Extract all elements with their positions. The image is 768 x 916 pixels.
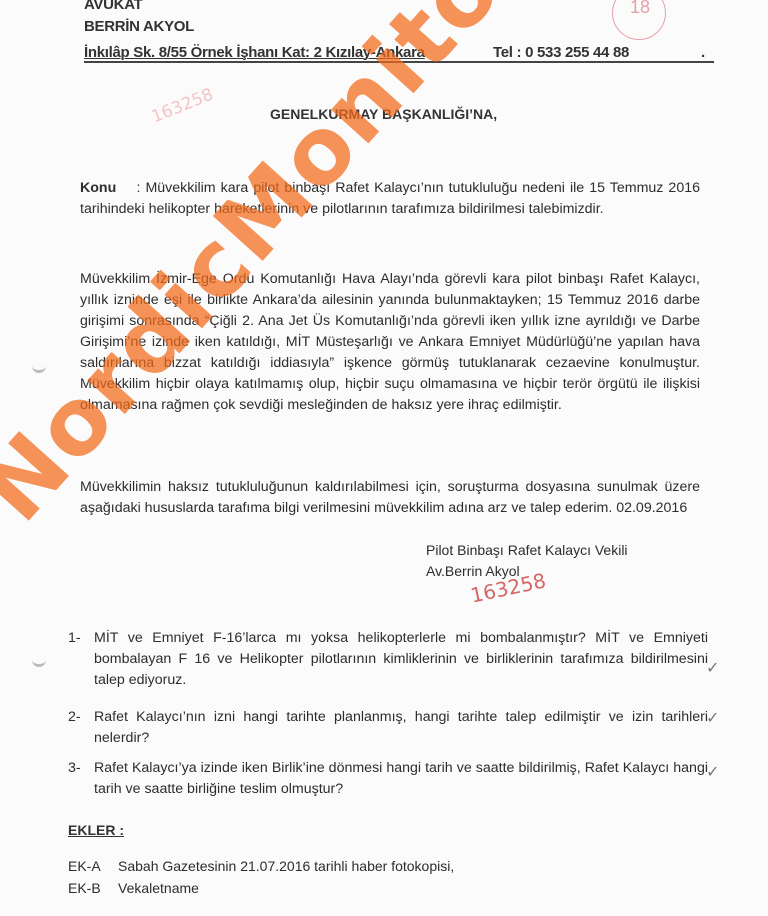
question-text: Rafet Kalaycı’nın izni hangi tarihte pla… xyxy=(94,707,708,749)
question-number: 3- xyxy=(68,758,81,779)
scanned-letter-page: 18 AVUKAT BERRİN AKYOL İnkılâp Sk. 8/55 … xyxy=(0,0,768,916)
attachment-item: EK-BVekaletname xyxy=(68,880,199,896)
attachment-item: EK-ASabah Gazetesinin 21.07.2016 tarihli… xyxy=(68,858,454,874)
subject-label: Konu xyxy=(80,180,116,196)
body-paragraph-2: Müvekkilimin haksız tutukluluğunun kaldı… xyxy=(80,477,700,519)
attachment-code: EK-A xyxy=(68,858,118,874)
letterhead-address: İnkılâp Sk. 8/55 Örnek İşhanı Kat: 2 Kız… xyxy=(84,44,425,61)
page-number: 18 xyxy=(630,0,650,18)
letterhead-address-line: İnkılâp Sk. 8/55 Örnek İşhanı Kat: 2 Kız… xyxy=(84,44,714,63)
signature-line-1: Pilot Binbaşı Rafet Kalaycı Vekili xyxy=(426,542,628,558)
body-paragraph-1: Müvekkilim İzmir-Ege Ordu Komutanlığı Ha… xyxy=(80,269,700,416)
question-item: 3- Rafet Kalaycı’ya izinde iken Birlik’i… xyxy=(68,758,708,800)
letterhead-phone: Tel : 0 533 255 44 88 xyxy=(493,44,629,61)
letterhead-title: AVUKAT xyxy=(84,0,142,13)
question-item: 2- Rafet Kalaycı’nın izni hangi tarihte … xyxy=(68,707,708,749)
letterhead-name: BERRİN AKYOL xyxy=(84,18,194,35)
subject-paragraph: Konu : Müvekkilim kara pilot binbaşı Raf… xyxy=(80,178,700,220)
attachment-text: Sabah Gazetesinin 21.07.2016 tarihli hab… xyxy=(118,858,454,874)
question-number: 1- xyxy=(68,628,81,649)
attachments-heading: EKLER : xyxy=(68,822,124,838)
check-mark-icon: ✓ xyxy=(706,762,719,782)
attachment-code: EK-B xyxy=(68,880,118,896)
recipient-heading: GENELKURMAY BAŞKANLIĞI’NA, xyxy=(270,106,497,122)
check-mark-icon: ✓ xyxy=(706,708,719,728)
letterhead-trailing-mark: . xyxy=(701,44,705,61)
question-number: 2- xyxy=(68,707,81,728)
question-item: 1- MİT ve Emniyet F-16’larca mı yoksa he… xyxy=(68,628,708,691)
registry-stamp-top: 163258 xyxy=(149,85,217,128)
page-number-circle-mark: 18 xyxy=(612,0,666,40)
attachment-text: Vekaletname xyxy=(118,880,199,896)
punch-hole-mark-icon xyxy=(32,654,46,667)
subject-text: : Müvekkilim kara pilot binbaşı Rafet Ka… xyxy=(80,180,700,217)
question-text: Rafet Kalaycı’ya izinde iken Birlik’ine … xyxy=(94,758,708,800)
question-text: MİT ve Emniyet F-16’larca mı yoksa helik… xyxy=(94,628,708,691)
check-mark-icon: ✓ xyxy=(706,658,719,678)
punch-hole-mark-icon xyxy=(32,360,46,373)
